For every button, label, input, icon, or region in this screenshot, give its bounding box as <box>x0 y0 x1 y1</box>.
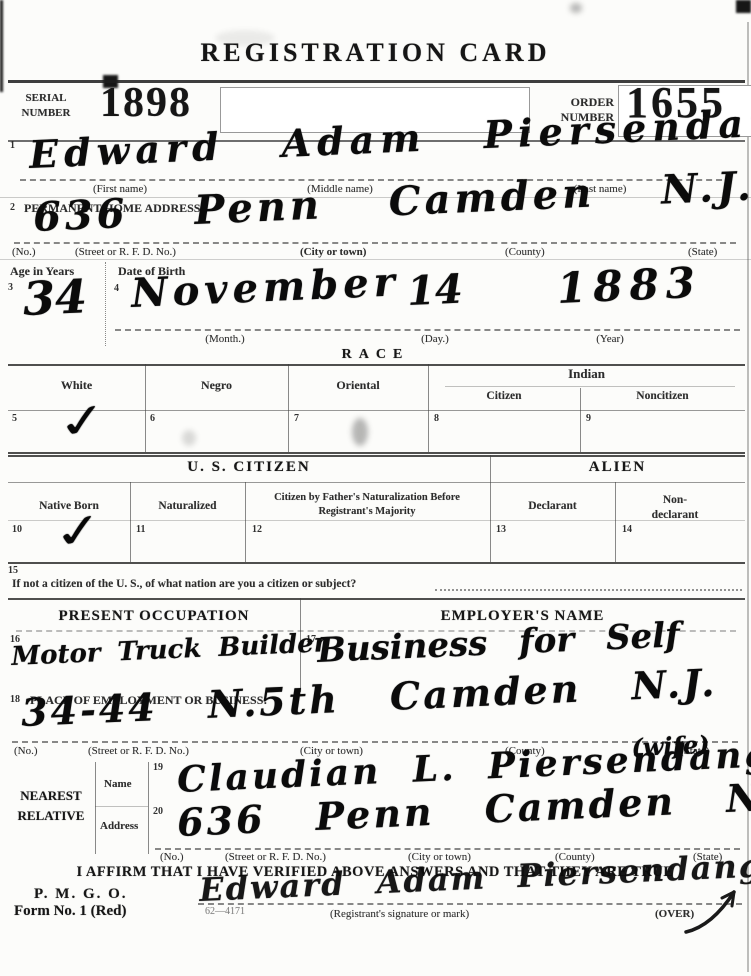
q2-number: 2 <box>10 202 15 213</box>
signature-caption: (Registrant's signature or mark) <box>330 908 469 920</box>
dob-year-handwriting: 1883 <box>556 262 703 310</box>
dob-day-handwriting: 14 <box>406 270 463 312</box>
race-cell-8-number: 8 <box>434 413 439 424</box>
naturalized-label: Naturalized <box>130 500 245 512</box>
relative-box-line <box>95 762 96 854</box>
citizen-col-line <box>245 482 246 562</box>
alien-header: ALIEN <box>490 459 745 476</box>
q1-number: 1 <box>10 140 15 151</box>
occupation-table-top <box>8 598 745 600</box>
year-label: (Year) <box>575 333 645 345</box>
serial-number-value: 1898 <box>100 79 192 127</box>
registration-card-scan: REGISTRATION CARD SERIAL NUMBER 1898 ORD… <box>0 0 751 976</box>
race-negro-label: Negro <box>145 378 288 393</box>
pmgo-label: P. M. G. O. <box>34 886 128 903</box>
day-label: (Day.) <box>400 333 470 345</box>
race-citizen-label: Citizen <box>428 390 580 402</box>
citizen-header-sep <box>8 482 745 483</box>
scan-artifact <box>182 430 196 446</box>
employment-place-handwriting: 34-44 N.5th Camden N.J. <box>20 664 718 732</box>
address-county-label: (County) <box>505 246 545 258</box>
scan-artifact <box>736 0 751 13</box>
native-born-checkmark: ✓ <box>50 506 107 558</box>
q15-number: 15 <box>8 565 18 576</box>
age-handwriting: 34 <box>22 273 88 322</box>
q4-number: 4 <box>114 283 119 294</box>
nearest-relative-label: NEAREST RELATIVE <box>10 786 92 825</box>
citizen-col-line <box>615 482 616 562</box>
race-cell-7-number: 7 <box>294 413 299 424</box>
relative-no-label: (No.) <box>160 851 184 863</box>
race-oriental-label: Oriental <box>288 378 428 393</box>
relative-street-label: (Street or R. F. D. No.) <box>225 851 326 863</box>
race-header-sep <box>8 410 745 411</box>
indian-underline <box>445 386 735 387</box>
home-address-handwriting: 636 Penn Camden N.J. <box>32 167 751 238</box>
citizen-cell-14-number: 14 <box>622 524 632 535</box>
employer-handwriting: Business for Self <box>317 618 681 668</box>
scan-artifact <box>352 418 368 446</box>
age-dob-divider <box>105 262 106 346</box>
declarant-label: Declarant <box>490 500 615 512</box>
form-number-label: Form No. 1 (Red) <box>14 903 126 920</box>
race-indian-label: Indian <box>428 366 745 382</box>
month-label: (Month.) <box>180 333 270 345</box>
citizen-cell-12-number: 12 <box>252 524 262 535</box>
relative-address-label: Address <box>100 820 138 832</box>
handwritten-arrow <box>682 878 748 936</box>
relative-box-line <box>148 762 149 854</box>
relative-name-label: Name <box>104 778 132 790</box>
signature-line <box>198 903 742 905</box>
race-noncitizen-label: Noncitizen <box>580 390 745 402</box>
employment-street-label: (Street or R. F. D. No.) <box>88 745 189 757</box>
race-white-label: White <box>8 378 145 393</box>
race-section-header: RACE <box>0 347 751 363</box>
address-street-label: (Street or R. F. D. No.) <box>75 246 176 258</box>
race-table-bottom <box>8 452 745 454</box>
citizen-cell-10-number: 10 <box>12 524 22 535</box>
q3-number: 3 <box>8 282 13 293</box>
occupation-handwriting: Motor Truck Builder <box>11 630 328 670</box>
address-city-label: (City or town) <box>300 246 366 258</box>
citizen-table-top <box>8 455 745 457</box>
race-cell-6-number: 6 <box>150 413 155 424</box>
address-underline <box>14 242 736 244</box>
dob-underline <box>115 329 740 331</box>
citizen-cell-13-number: 13 <box>496 524 506 535</box>
q20-number: 20 <box>153 806 163 817</box>
serial-number-label: SERIAL NUMBER <box>14 91 78 121</box>
present-occupation-header: PRESENT OCCUPATION <box>8 608 300 625</box>
employment-no-label: (No.) <box>14 745 38 757</box>
relative-underline <box>155 848 740 850</box>
citizen-col-line <box>130 482 131 562</box>
address-state-label: (State) <box>688 246 717 258</box>
father-naturalization-label: Citizen by Father's Naturalization Befor… <box>252 491 482 519</box>
citizen-table-bottom <box>8 562 745 564</box>
scan-artifact <box>570 3 582 13</box>
citizen-labels-sep <box>8 520 745 521</box>
address-no-label: (No.) <box>12 246 36 258</box>
relative-box-sep <box>95 806 148 807</box>
race-cell-5-number: 5 <box>12 413 17 424</box>
q19-number: 19 <box>153 762 163 773</box>
race-cell-9-number: 9 <box>586 413 591 424</box>
race-white-checkmark: ✓ <box>54 396 111 448</box>
card-title: REGISTRATION CARD <box>0 38 751 68</box>
non-declarant-label: Non-declarant <box>640 493 710 523</box>
citizen-cell-11-number: 11 <box>136 524 145 535</box>
nation-answer-line <box>435 589 742 591</box>
dob-month-handwriting: November <box>130 262 400 314</box>
us-citizen-header: U. S. CITIZEN <box>8 459 490 476</box>
q18-number: 18 <box>10 694 20 705</box>
nation-question-text: If not a citizen of the U. S., of what n… <box>12 578 356 590</box>
